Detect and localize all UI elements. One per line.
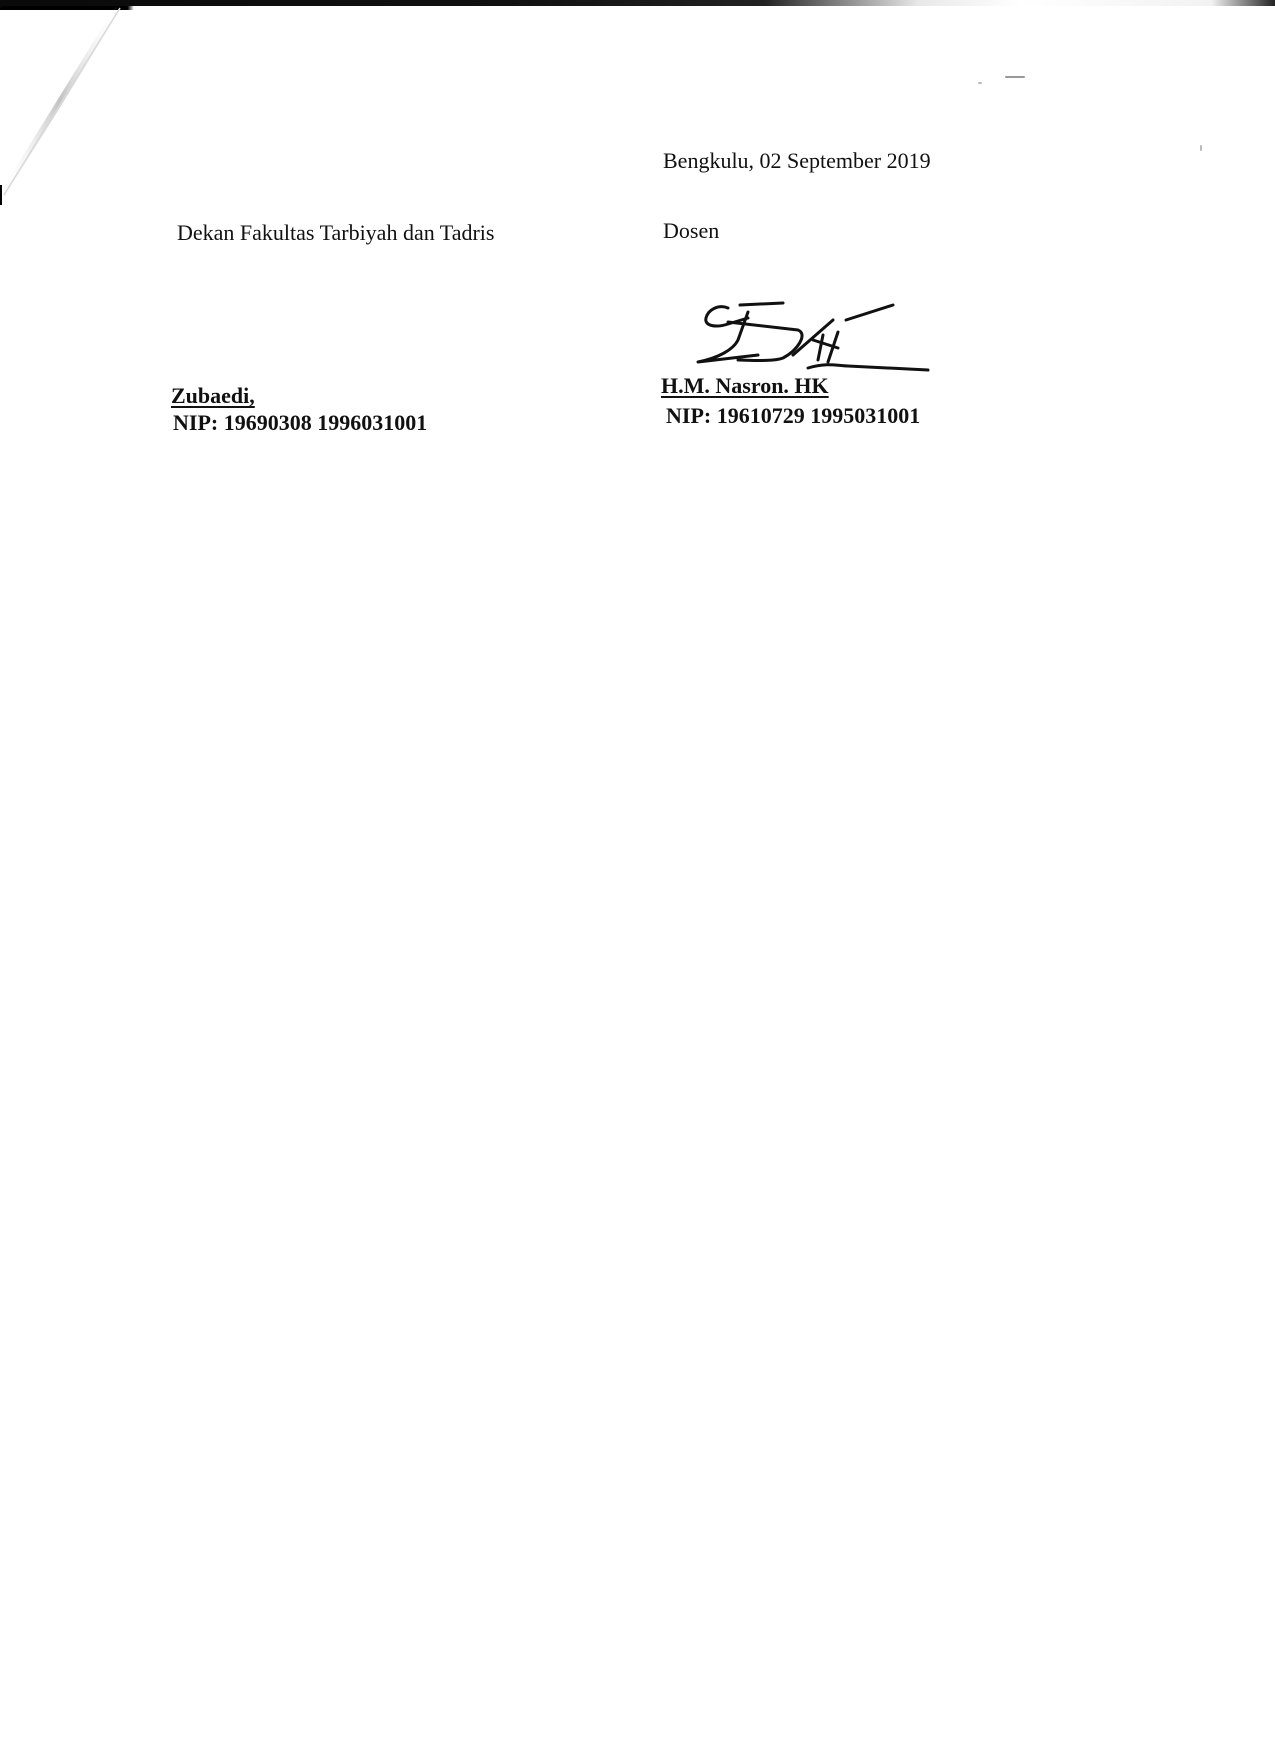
scan-top-edge-inner <box>0 6 1275 10</box>
dean-name: Zubaedi, <box>171 383 255 409</box>
lecturer-nip: NIP: 19610729 1995031001 <box>666 403 920 429</box>
lecturer-name: H.M. Nasron. HK <box>661 373 829 399</box>
dean-nip: NIP: 19690308 1996031001 <box>173 410 427 436</box>
dean-title: Dekan Fakultas Tarbiyah dan Tadris <box>177 220 494 246</box>
lecturer-title: Dosen <box>663 218 719 244</box>
signature-image <box>688 300 938 380</box>
scan-speck <box>978 82 982 84</box>
page-fold-shadow <box>0 0 125 205</box>
scan-speck <box>1005 76 1025 78</box>
scan-speck <box>1200 145 1202 151</box>
place-date: Bengkulu, 02 September 2019 <box>663 148 931 174</box>
